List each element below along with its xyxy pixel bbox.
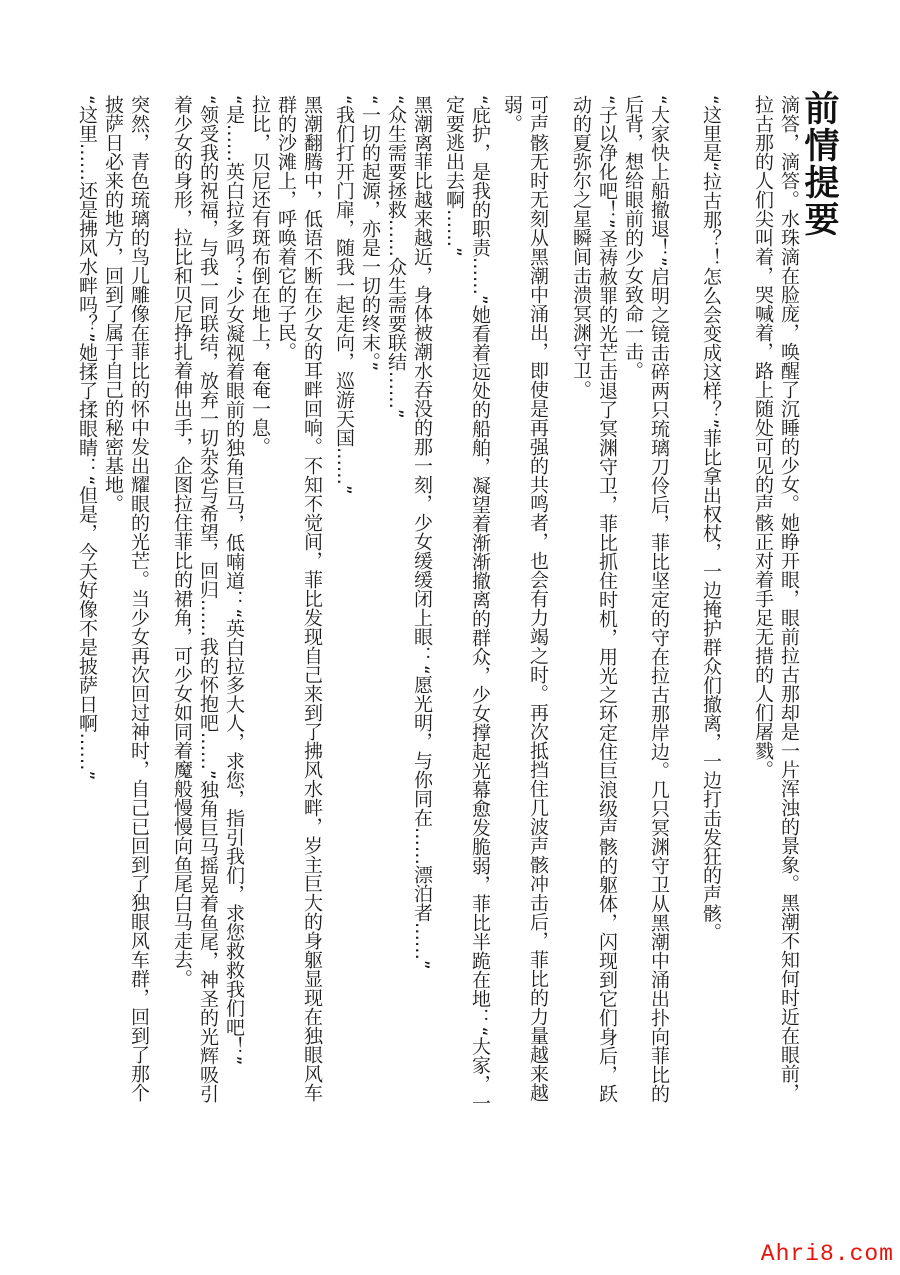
paragraph: “大家快上船撤退！”启明之镜击碎两只琉璃刀伶后，菲比坚定的守在拉古那岸边。几只冥… bbox=[620, 95, 672, 1117]
site-watermark: Ahri8.com bbox=[761, 1241, 894, 1267]
paragraph: 突然，青色琉璃的鸟儿雕像在菲比的怀中发出耀眼的光芒。当少女再次回过神时，自己已回… bbox=[100, 95, 152, 1117]
paragraph: 滴答，滴答。水珠滴在脸庞，唤醒了沉睡的少女。她睁开眼，眼前拉古那却是一片浑浊的景… bbox=[750, 95, 802, 1117]
paragraph: 可声骸无时无刻从黑潮中涌出，即使是再强的共鸣者，也会有力竭之时。再次抵挡住几波声… bbox=[499, 95, 551, 1117]
paragraph: “一切的起源，亦是一切的终末。” bbox=[357, 95, 383, 1117]
story-text: 滴答，滴答。水珠滴在脸庞，唤醒了沉睡的少女。她睁开眼，眼前拉古那却是一片浑浊的景… bbox=[74, 95, 802, 1117]
paragraph: “庇护，是我的职责……”她看着远处的船舶，凝望着渐渐撤离的群众，少女撑起光幕愈发… bbox=[441, 95, 493, 1117]
novel-recap-page: 前情提要 滴答，滴答。水珠滴在脸庞，唤醒了沉睡的少女。她睁开眼，眼前拉古那却是一… bbox=[0, 0, 900, 1275]
paragraph: 黑潮翻腾中，低语不断在少女的耳畔回响。不知不觉间，菲比发现自己来到了拂风水畔，岁… bbox=[273, 95, 325, 1117]
paragraph: “这里是“拉古那？！怎么会变成这样？”菲比拿出权杖，一边掩护群众们撤离，一边打击… bbox=[698, 95, 724, 1117]
paragraph: 黑潮离菲比越来越近，身体被潮水吞没的那一刻，少女缓缓闭上眼：“愿光明，与你同在…… bbox=[409, 95, 435, 1117]
paragraph: “领受我的祝福，与我一同联结，放弃一切杂念与希望，回归……我的怀抱吧……”独角巨… bbox=[169, 95, 221, 1117]
paragraph: “我们打开门扉，随我一起走向，巡游天国……” bbox=[331, 95, 357, 1117]
paragraph: “是……英白拉多吗？”少女凝视着眼前的独角巨马，低喃道：“英白拉多大人，求您，指… bbox=[221, 95, 247, 1117]
paragraph: 拉比，贝尼还有斑布倒在地上，奄奄一息。 bbox=[247, 95, 273, 1117]
paragraph: “子以净化吧！”圣祷赦罪的光芒击退了冥渊守卫，菲比抓住时机，用光之环定住巨浪级声… bbox=[568, 95, 620, 1117]
paragraph: “众生需要拯救……众生需要联结……” bbox=[383, 95, 409, 1117]
paragraph: “这里……还是拂风水畔吗？”她揉了揉眼睛：“但是，今天好像不是披萨日啊……” bbox=[74, 95, 100, 1117]
